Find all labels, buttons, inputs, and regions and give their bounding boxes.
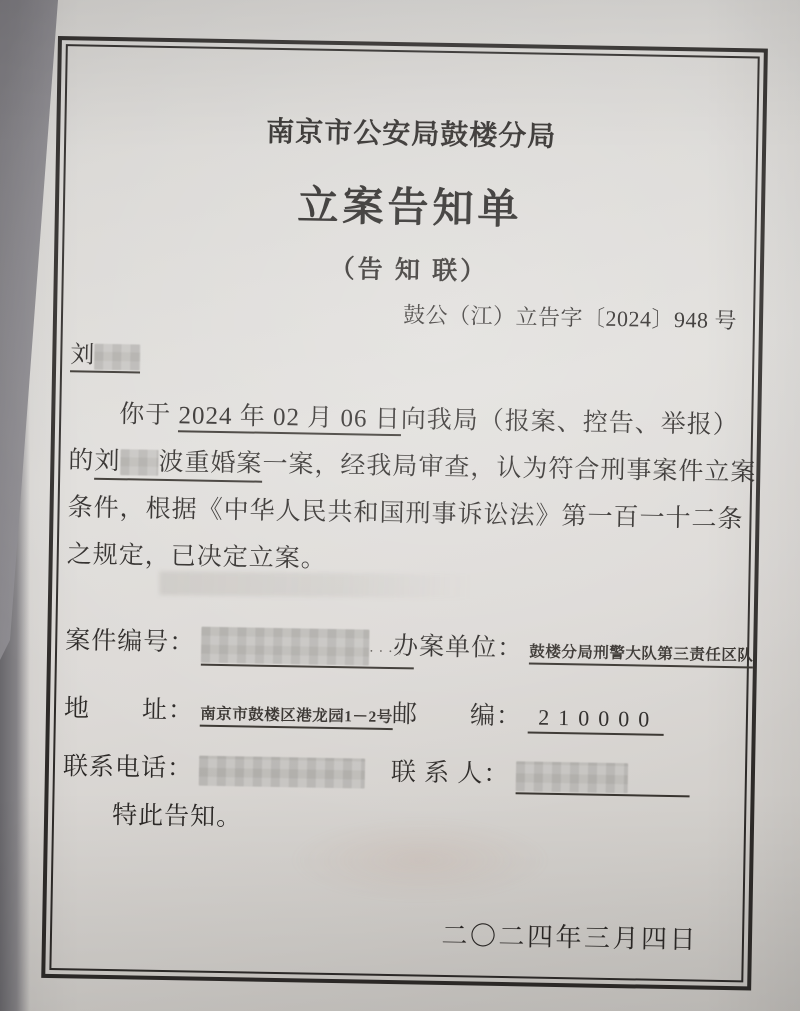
handling-unit-value: 鼓楼分局刑警大队第三责任区队 <box>529 639 753 668</box>
body-paragraph: 你于 2024 年 02 月 06 日向我局（报案、控告、举报） 的刘波重婚案一… <box>66 390 745 590</box>
closing-line: 特此告知。 <box>112 795 243 833</box>
contact-underline <box>515 761 690 797</box>
addressee-underline: 刘 <box>70 334 141 373</box>
address-value: 南京市鼓楼区港龙园1－2号 <box>200 702 393 730</box>
document-title: 立案告知单 <box>71 168 750 239</box>
contact-underline-tail <box>628 776 690 785</box>
address-group: 地 址： 南京市鼓楼区港龙园1－2号 <box>64 688 393 730</box>
agency-name: 南京市公安局鼓楼分局 <box>72 106 751 158</box>
document-number: 鼓公（江）立告字〔2024〕948 号 <box>403 298 738 335</box>
body-line-2-pre: 的 <box>68 447 94 474</box>
body-line-1-pre: 你于 <box>119 401 179 429</box>
show-through-ghost-text <box>159 571 489 599</box>
case-number-underline: ．．．， <box>201 627 414 670</box>
field-row-contact: 联系电话： 联 系 人： <box>63 746 740 802</box>
address-label: 地 址： <box>64 695 194 724</box>
phone-label: 联系电话： <box>63 753 193 782</box>
paragraph-indent <box>69 421 119 422</box>
case-name-underlined: 刘波重婚案 <box>94 441 263 483</box>
addressee-surname: 刘 <box>70 342 94 368</box>
field-row-address: 地 址： 南京市鼓楼区港龙园1－2号 邮 编： 210000 <box>64 688 741 744</box>
phone-group: 联系电话： <box>63 746 366 788</box>
body-line-1-post: 向我局（报案、控告、举报） <box>401 406 739 439</box>
postcode-label: 邮 编： <box>392 701 522 730</box>
redaction-case-number <box>201 627 370 666</box>
redaction-addressee-name <box>94 344 140 371</box>
document-photo: 南京市公安局鼓楼分局 立案告知单 （告 知 联） 鼓公（江）立告字〔2024〕9… <box>0 0 800 1011</box>
document-date: 二〇二四年三月四日 <box>441 915 698 957</box>
redaction-contact-name <box>515 761 628 793</box>
case-number-label: 案件编号： <box>65 627 195 656</box>
case-name-rest: 波重婚案 <box>158 449 262 478</box>
case-number-group: 案件编号： ．．．， <box>65 620 414 669</box>
postcode-value: 210000 <box>528 704 664 735</box>
redaction-case-name <box>120 449 158 476</box>
copy-label: （告 知 联） <box>70 244 749 292</box>
field-row-case-number: 案件编号： ．．．， 办案单位： 鼓楼分局刑警大队第三责任区队 <box>65 620 742 676</box>
case-name-surname: 刘 <box>94 448 120 475</box>
contact-group: 联 系 人： <box>391 752 690 797</box>
handling-unit-group: 办案单位： 鼓楼分局刑警大队第三责任区队 <box>393 626 754 668</box>
redaction-phone-number <box>199 756 366 789</box>
contact-label: 联 系 人： <box>391 759 510 788</box>
body-line-2-post: 一案，经我局审查，认为符合刑事案件立案 <box>262 451 756 487</box>
handling-unit-label: 办案单位： <box>393 633 523 662</box>
addressee-line: 刘 <box>70 334 141 373</box>
postcode-group: 邮 编： 210000 <box>392 694 665 736</box>
report-date-underlined: 2024 年 02 月 06 日 <box>178 402 401 436</box>
paper-stain <box>290 818 550 902</box>
